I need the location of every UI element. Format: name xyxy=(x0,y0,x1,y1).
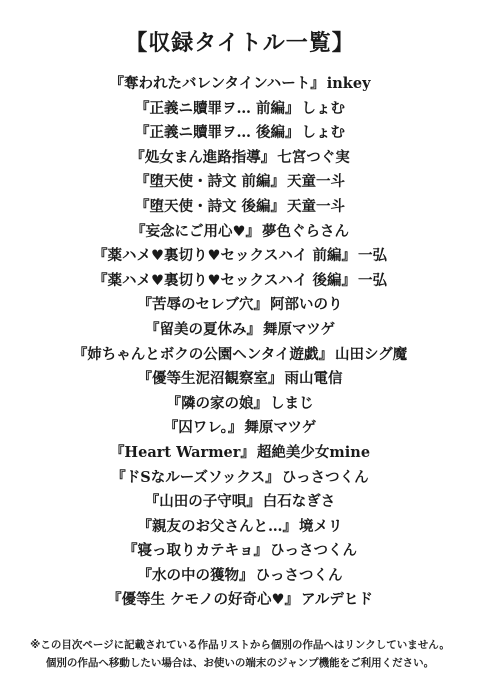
author-name: 山田シグ魔 xyxy=(335,346,407,363)
author-name: inkey xyxy=(327,75,371,92)
work-title: 『姉ちゃんとボクの公園ヘンタイ遊戯』 xyxy=(73,346,333,363)
author-name: 境メリ xyxy=(299,518,343,535)
author-name: ひっさつくん xyxy=(282,469,369,486)
author-name: ひっさつくん xyxy=(270,542,357,559)
list-item: 『水の中の獲物』ひっさつくん xyxy=(0,564,480,589)
list-item: 『堕天使・詩文 前編』天童一斗 xyxy=(0,170,480,195)
list-item: 『ドSなルーズソックス』ひっさつくん xyxy=(0,466,480,491)
list-item: 『隣の家の娘』しまじ xyxy=(0,392,480,417)
work-title: 『優等生 ケモノの好奇心♥』 xyxy=(107,591,299,608)
work-title: 『隣の家の娘』 xyxy=(167,395,269,412)
list-item: 『処女まん進路指導』七宮つぐ実 xyxy=(0,146,480,171)
author-name: ひっさつくん xyxy=(256,567,343,584)
title-list: 『奪われたバレンタインハート』inkey 『正義ニ贖罪ヲ… 前編』しょむ 『正義… xyxy=(0,72,480,613)
list-item: 『妄念にご用心♥』夢色ぐらさん xyxy=(0,220,480,245)
author-name: しょむ xyxy=(302,100,346,117)
author-name: しまじ xyxy=(270,395,314,412)
author-name: 舞原マツゲ xyxy=(244,419,316,436)
work-title: 『正義ニ贖罪ヲ… 前編』 xyxy=(135,100,300,117)
work-title: 『優等生泥沼観察室』 xyxy=(138,370,283,387)
work-title: 『処女まん進路指導』 xyxy=(130,149,275,166)
work-title: 『堕天使・詩文 後編』 xyxy=(135,198,285,215)
footer-note: ※この目次ページに記載されている作品リストから個別の作品へはリンクしていません。… xyxy=(0,636,480,672)
list-item: 『親友のお父さんと…』境メリ xyxy=(0,515,480,540)
author-name: 超絶美少女mine xyxy=(257,444,370,461)
work-title: 『ドSなルーズソックス』 xyxy=(111,469,279,486)
author-name: アルデヒド xyxy=(301,591,373,608)
list-item: 『姉ちゃんとボクの公園ヘンタイ遊戯』山田シグ魔 xyxy=(0,343,480,368)
author-name: 一弘 xyxy=(358,272,387,289)
author-name: 一弘 xyxy=(358,247,387,264)
author-name: 天童一斗 xyxy=(287,198,345,215)
work-title: 『苦辱のセレブ穴』 xyxy=(138,296,269,313)
list-item: 『留美の夏休み』舞原マツゲ xyxy=(0,318,480,343)
work-title: 『囚ワレ。』 xyxy=(164,419,243,436)
list-item: 『奪われたバレンタインハート』inkey xyxy=(0,72,480,97)
list-item: 『堕天使・詩文 後編』天童一斗 xyxy=(0,195,480,220)
author-name: しょむ xyxy=(302,124,346,141)
list-item: 『優等生泥沼観察室』雨山電信 xyxy=(0,367,480,392)
author-name: 白石なぎさ xyxy=(263,493,336,510)
list-item: 『Heart Warmer』超絶美少女mine xyxy=(0,441,480,466)
author-name: 舞原マツゲ xyxy=(263,321,335,338)
list-item: 『優等生 ケモノの好奇心♥』アルデヒド xyxy=(0,588,480,613)
author-name: 阿部いのり xyxy=(270,296,343,313)
work-title: 『堕天使・詩文 前編』 xyxy=(135,173,285,190)
work-title: 『正義ニ贖罪ヲ… 後編』 xyxy=(135,124,300,141)
footer-note-line-1: ※この目次ページに記載されている作品リストから個別の作品へはリンクしていません。 xyxy=(0,636,480,654)
list-item: 『正義ニ贖罪ヲ… 後編』しょむ xyxy=(0,121,480,146)
work-title: 『妄念にご用心♥』 xyxy=(131,223,260,240)
author-name: 七宮つぐ実 xyxy=(277,149,350,166)
work-title: 『寝っ取りカテキョ』 xyxy=(123,542,268,559)
work-title: 『薬ハメ♥裏切り♥セックスハイ 後編』 xyxy=(93,272,356,289)
author-name: 天童一斗 xyxy=(287,173,345,190)
footer-note-line-2: 個別の作品へ移動したい場合は、お使いの端末のジャンプ機能をご利用ください。 xyxy=(0,654,480,672)
work-title: 『Heart Warmer』 xyxy=(110,444,255,461)
list-item: 『寝っ取りカテキョ』ひっさつくん xyxy=(0,539,480,564)
list-item: 『山田の子守唄』白石なぎさ xyxy=(0,490,480,515)
list-item: 『正義ニ贖罪ヲ… 前編』しょむ xyxy=(0,97,480,122)
author-name: 夢色ぐらさん xyxy=(262,223,349,240)
work-title: 『親友のお父さんと…』 xyxy=(138,518,298,535)
list-item: 『苦辱のセレブ穴』阿部いのり xyxy=(0,293,480,318)
work-title: 『奪われたバレンタインハート』 xyxy=(109,75,324,92)
page-title: 【収録タイトル一覧】 xyxy=(0,28,480,58)
list-item: 『囚ワレ。』舞原マツゲ xyxy=(0,416,480,441)
table-of-contents-page: 【収録タイトル一覧】 『奪われたバレンタインハート』inkey 『正義ニ贖罪ヲ…… xyxy=(0,0,480,685)
list-item: 『薬ハメ♥裏切り♥セックスハイ 前編』一弘 xyxy=(0,244,480,269)
author-name: 雨山電信 xyxy=(285,370,343,387)
work-title: 『山田の子守唄』 xyxy=(145,493,261,510)
list-item: 『薬ハメ♥裏切り♥セックスハイ 後編』一弘 xyxy=(0,269,480,294)
work-title: 『薬ハメ♥裏切り♥セックスハイ 前編』 xyxy=(93,247,356,264)
work-title: 『留美の夏休み』 xyxy=(145,321,261,338)
work-title: 『水の中の獲物』 xyxy=(138,567,254,584)
